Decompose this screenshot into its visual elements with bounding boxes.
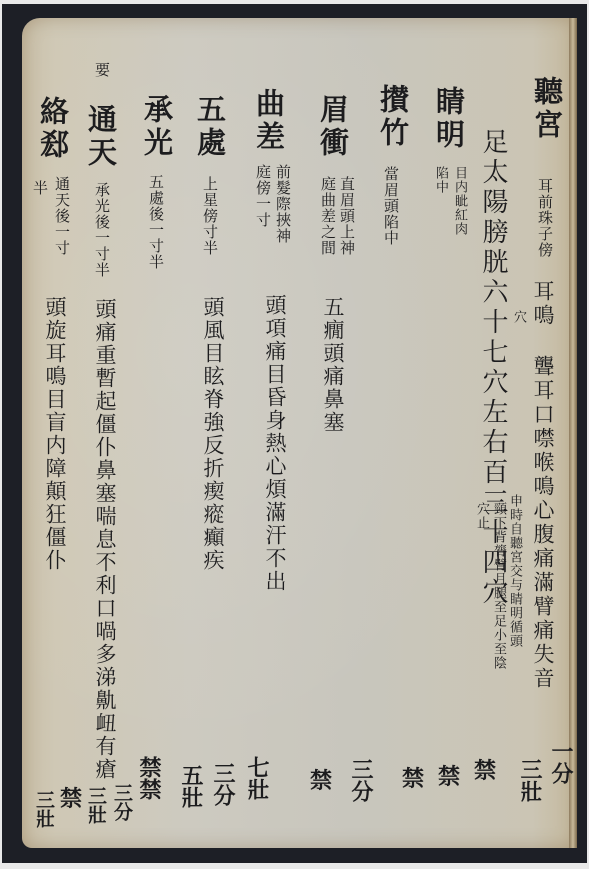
note-sanzhuang: 三壯	[519, 758, 541, 802]
note-wuzhuang: 五壯	[180, 764, 202, 808]
location-qucha-a: 前髮際挾神	[275, 164, 290, 244]
manuscript-page: 聽宮 耳前珠子傍 耳鳴 聾耳口噤喉鳴心腹痛滿臂痛失音 足太陽膀胱六十七穴左右百三…	[22, 18, 577, 848]
note-jin-3: 禁	[402, 768, 424, 790]
note-jin-2: 禁	[438, 766, 460, 788]
point-name-meichong: 眉衝	[318, 94, 347, 160]
point-name-zanzhu: 攅竹	[378, 84, 407, 150]
indications-luoque: 頭旋耳鳴目盲内障顛狂僵仆	[44, 296, 65, 572]
point-name-tongtian: 通天	[86, 104, 115, 170]
point-name-luoque: 絡郄	[38, 96, 67, 162]
note-text: 一分	[550, 740, 572, 784]
note-sanfen-1: 三分	[350, 758, 372, 802]
indications-wuchu: 頭風目眩脊強反折瘈瘲癲疾	[202, 296, 223, 572]
note-sanfen-3: 三分	[112, 783, 131, 821]
note-jin-1: 禁	[474, 760, 496, 782]
indications-meichong: 五癇頭痛鼻塞	[322, 296, 343, 434]
note-yifen-sanzhuang: 一分	[550, 740, 572, 784]
location-meichong-a: 直眉頭上神	[339, 176, 354, 256]
location-qucha-b: 庭傍一寸	[255, 164, 270, 228]
indications-qucha: 頭項痛目昏身熱心煩滿汗不出	[264, 294, 285, 593]
meridian-note-c: 穴止	[475, 502, 488, 530]
note-sanzhuang-3: 三壯	[34, 790, 53, 828]
location-jingming-b: 陷中	[434, 166, 447, 194]
location-zanzhu: 當眉頭陷中	[383, 166, 398, 246]
meridian-note-b: 頸下背膂臂月腿至足小至陰	[492, 502, 505, 670]
meridian-superscript: 穴	[512, 310, 525, 324]
annotation-yao: 要	[94, 62, 109, 78]
note-jin-4: 禁	[310, 770, 332, 792]
page-spine-edge	[569, 18, 577, 848]
note-sanfen-2: 三分	[212, 762, 234, 806]
indications-tongtian: 頭痛重暫起僵仆鼻塞喘息不利口喎多涕鼽衄有瘡	[94, 298, 115, 781]
point-name-tinggong: 聽宮	[532, 76, 561, 142]
location-meichong-b: 庭曲差之間	[320, 176, 335, 256]
point-name-jingming: 睛明	[434, 86, 463, 152]
point-name-qucha: 曲差	[254, 88, 283, 154]
meridian-note-a: 申時自聽宮交与睛明循頭	[508, 494, 521, 648]
note-jin-5: 禁	[60, 788, 82, 810]
note-qizhuang: 七壯	[246, 756, 268, 800]
point-name-wuchu: 五處	[195, 94, 224, 160]
note-jinjin: 禁禁	[138, 756, 160, 800]
location-luoque-b: 半	[32, 180, 47, 196]
location-chengguang: 五處後一寸半	[148, 174, 163, 270]
location-jingming-a: 目内眦紅肉	[453, 166, 466, 236]
location-luoque-a: 通天後一寸	[54, 176, 69, 256]
location-tinggong: 耳前珠子傍	[537, 178, 552, 258]
indications-tinggong: 耳鳴 聾耳口噤喉鳴心腹痛滿臂痛失音	[532, 280, 553, 691]
point-name-chengguang: 承光	[142, 94, 171, 160]
location-tongtian: 承光後一寸半	[94, 182, 109, 278]
note-sanzhuang-2: 三壯	[86, 786, 105, 824]
location-wuchu: 上星傍寸半	[202, 176, 217, 256]
